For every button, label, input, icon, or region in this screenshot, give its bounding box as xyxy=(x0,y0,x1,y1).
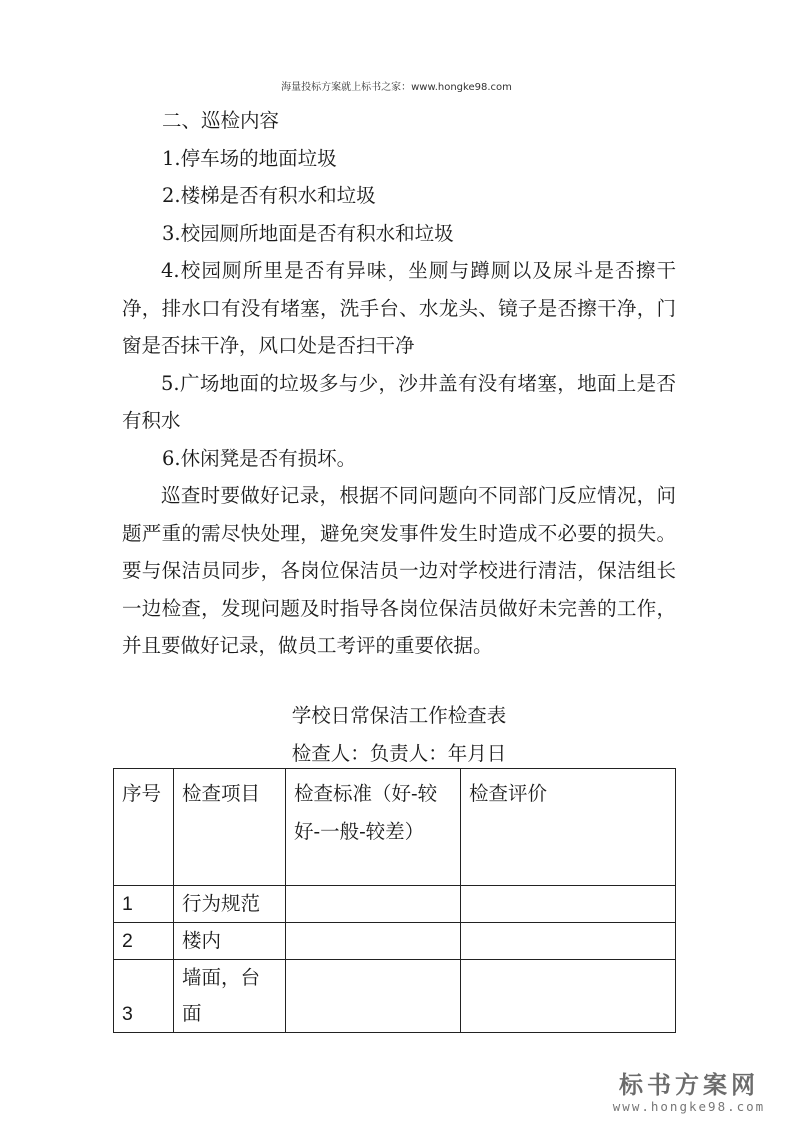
logo-text: 标书方案网 xyxy=(599,1071,779,1099)
document-body: 二、巡检内容 1.停车场的地面垃圾 2.楼梯是否有积水和垃圾 3.校园厕所地面是… xyxy=(122,102,676,665)
row-number: 1 xyxy=(114,886,174,923)
table-row: 3 墙面，台面 xyxy=(114,960,676,1033)
row-number: 2 xyxy=(114,923,174,960)
list-item: 6.休闲凳是否有损坏。 xyxy=(122,440,676,478)
table-subtitle: 检查人：负责人：年月日 xyxy=(122,738,676,766)
watermark-logo: 标书方案网 www.hongke98.com xyxy=(599,1071,779,1114)
table-header-row: 序号 检查项目 检查标准（好-较好-一般-较差） 检查评价 xyxy=(114,769,676,886)
list-item: 1.停车场的地面垃圾 xyxy=(122,140,676,178)
row-item: 墙面，台面 xyxy=(174,960,286,1033)
table-row: 2 楼内 xyxy=(114,923,676,960)
list-item: 3.校园厕所地面是否有积水和垃圾 xyxy=(122,215,676,253)
row-item: 楼内 xyxy=(174,923,286,960)
section-title: 二、巡检内容 xyxy=(122,102,676,140)
body-paragraph: 巡查时要做好记录，根据不同问题向不同部门反应情况，问题严重的需尽快处理，避免突发… xyxy=(122,477,676,665)
row-standard xyxy=(286,923,461,960)
table-title: 学校日常保洁工作检查表 xyxy=(122,700,676,728)
row-standard xyxy=(286,886,461,923)
list-item: 5.广场地面的垃圾多与少，沙井盖有没有堵塞，地面上是否有积水 xyxy=(122,365,676,440)
row-evaluation xyxy=(461,960,676,1033)
inspection-table: 序号 检查项目 检查标准（好-较好-一般-较差） 检查评价 1 行为规范 2 楼… xyxy=(113,768,676,1033)
row-evaluation xyxy=(461,923,676,960)
list-item: 4.校园厕所里是否有异味，坐厕与蹲厕以及尿斗是否擦干净，排水口有没有堵塞，洗手台… xyxy=(122,252,676,365)
header-cell: 检查评价 xyxy=(461,769,676,886)
row-standard xyxy=(286,960,461,1033)
header-cell: 序号 xyxy=(114,769,174,886)
table-row: 1 行为规范 xyxy=(114,886,676,923)
header-cell: 检查项目 xyxy=(174,769,286,886)
row-evaluation xyxy=(461,886,676,923)
page-header: 海量投标方案就上标书之家：www.hongke98.com xyxy=(0,78,793,93)
logo-url: www.hongke98.com xyxy=(599,1099,779,1114)
row-item: 行为规范 xyxy=(174,886,286,923)
list-item: 2.楼梯是否有积水和垃圾 xyxy=(122,177,676,215)
row-number: 3 xyxy=(114,960,174,1033)
header-cell: 检查标准（好-较好-一般-较差） xyxy=(286,769,461,886)
